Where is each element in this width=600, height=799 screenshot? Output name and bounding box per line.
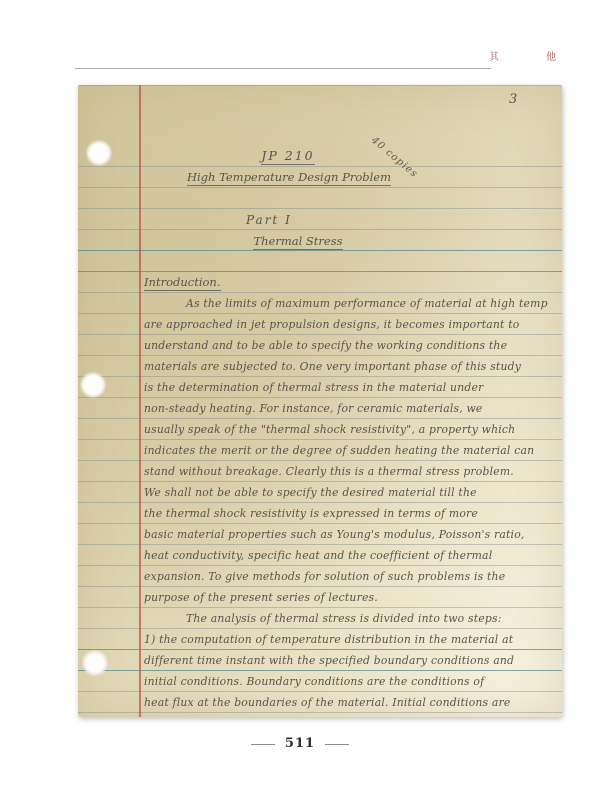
scanned-book-page: 其 他 3 40 copies JP 210 High Temperature … — [0, 0, 600, 799]
manuscript-line: The analysis of thermal stress is divide… — [144, 608, 548, 629]
book-header-char: 他 — [546, 51, 556, 65]
part-label: Part I — [246, 213, 292, 227]
manuscript-line: purpose of the present series of lecture… — [144, 587, 548, 608]
manuscript-body: As the limits of maximum performance of … — [144, 293, 548, 713]
corner-page-number: 3 — [509, 92, 517, 107]
manuscript-line: different time instant with the specifie… — [144, 650, 548, 671]
section-heading-introduction: Introduction. — [144, 275, 221, 289]
manuscript-line: the thermal shock resistivity is express… — [144, 503, 548, 524]
manuscript-line: usually speak of the "thermal shock resi… — [144, 419, 548, 440]
red-margin-line — [139, 85, 141, 717]
ruled-line-accent — [78, 271, 562, 272]
manuscript-line: initial conditions. Boundary conditions … — [144, 671, 548, 692]
manuscript-line: We shall not be able to specify the desi… — [144, 482, 548, 503]
footer-dash — [325, 744, 349, 745]
manuscript-line: heat conductivity, specific heat and the… — [144, 545, 548, 566]
manuscript-line: non-steady heating. For instance, for ce… — [144, 398, 548, 419]
course-title-heading: High Temperature Design Problem — [166, 170, 412, 184]
manuscript-line: heat flux at the boundaries of the mater… — [144, 692, 548, 713]
book-header-char: 其 — [489, 51, 499, 65]
manuscript-line: indicates the merit or the degree of sud… — [144, 440, 548, 461]
manuscript-line: expansion. To give methods for solution … — [144, 566, 548, 587]
footer-dash — [251, 744, 275, 745]
ruled-line-accent — [78, 250, 562, 251]
book-page-number: 511 — [285, 736, 315, 751]
part-title-heading: Thermal Stress — [236, 234, 360, 248]
punch-hole — [84, 652, 106, 674]
manuscript-line: stand without breakage. Clearly this is … — [144, 461, 548, 482]
manuscript-line: As the limits of maximum performance of … — [144, 293, 548, 314]
manuscript-line: are approached in jet propulsion designs… — [144, 314, 548, 335]
book-footer: 511 — [0, 736, 600, 751]
book-header-rule — [75, 68, 491, 69]
punch-hole — [82, 374, 104, 396]
course-code-heading: JP 210 — [198, 148, 378, 163]
manuscript-line: understand and to be able to specify the… — [144, 335, 548, 356]
manuscript-line: basic material properties such as Young'… — [144, 524, 548, 545]
punch-hole — [88, 142, 110, 164]
manuscript-line: materials are subjected to. One very imp… — [144, 356, 548, 377]
manuscript-sheet: 3 40 copies JP 210 High Temperature Desi… — [78, 85, 562, 717]
manuscript-line: 1) the computation of temperature distri… — [144, 629, 548, 650]
manuscript-line: is the determination of thermal stress i… — [144, 377, 548, 398]
